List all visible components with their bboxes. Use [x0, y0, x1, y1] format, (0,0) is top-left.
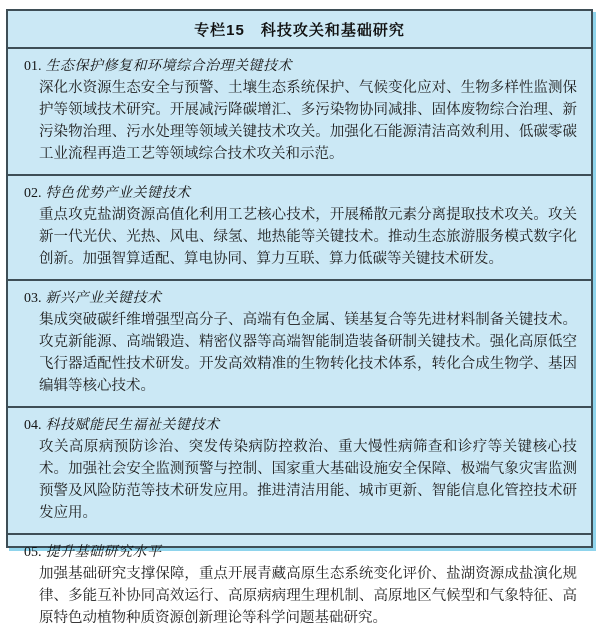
section-heading-text: 生态保护修复和环境综合治理关键技术 — [46, 59, 293, 74]
section-heading-text: 科技赋能民生福祉关键技术 — [46, 418, 220, 433]
section-03: 03.新兴产业关键技术 集成突破碳纤维增强型高分子、高端有色金属、镁基复合等先进… — [8, 281, 591, 408]
section-body-text: 加强基础研究支撑保障，重点开展青藏高原生态系统变化评价、盐湖资源成盐演化规律、多… — [39, 563, 577, 629]
section-04: 04.科技赋能民生福祉关键技术 攻关高原病预防诊治、突发传染病防控救治、重大慢性… — [8, 408, 591, 535]
section-body-text: 攻关高原病预防诊治、突发传染病防控救治、重大慢性病筛查和诊疗等关键核心技术。加强… — [39, 436, 577, 524]
section-heading-text: 特色优势产业关键技术 — [46, 186, 191, 201]
section-heading: 01.生态保护修复和环境综合治理关键技术 — [24, 56, 577, 77]
document-page: 专栏15 科技攻关和基础研究 01.生态保护修复和环境综合治理关键技术 深化水资… — [0, 0, 599, 552]
column-box: 专栏15 科技攻关和基础研究 01.生态保护修复和环境综合治理关键技术 深化水资… — [6, 9, 593, 548]
section-body-text: 集成突破碳纤维增强型高分子、高端有色金属、镁基复合等先进材料制备关键技术。攻克新… — [39, 309, 577, 397]
section-heading: 02.特色优势产业关键技术 — [24, 183, 577, 204]
section-05: 05.提升基础研究水平 加强基础研究支撑保障，重点开展青藏高原生态系统变化评价、… — [8, 535, 591, 638]
section-heading: 04.科技赋能民生福祉关键技术 — [24, 415, 577, 436]
column-title: 专栏15 科技攻关和基础研究 — [8, 11, 591, 49]
section-number: 05. — [24, 545, 42, 560]
section-number: 02. — [24, 186, 42, 201]
section-number: 01. — [24, 59, 42, 74]
section-heading-text: 新兴产业关键技术 — [46, 291, 162, 306]
section-body-text: 重点攻克盐湖资源高值化利用工艺核心技术，开展稀散元素分离提取技术攻关。攻关新一代… — [39, 204, 577, 270]
section-heading: 03.新兴产业关键技术 — [24, 288, 577, 309]
section-number: 04. — [24, 418, 42, 433]
section-heading-text: 提升基础研究水平 — [46, 545, 162, 560]
section-body-text: 深化水资源生态安全与预警、土壤生态系统保护、气候变化应对、生物多样性监测保护等领… — [39, 77, 577, 165]
section-heading: 05.提升基础研究水平 — [24, 542, 577, 563]
section-02: 02.特色优势产业关键技术 重点攻克盐湖资源高值化利用工艺核心技术，开展稀散元素… — [8, 176, 591, 281]
section-number: 03. — [24, 291, 42, 306]
section-01: 01.生态保护修复和环境综合治理关键技术 深化水资源生态安全与预警、土壤生态系统… — [8, 49, 591, 176]
